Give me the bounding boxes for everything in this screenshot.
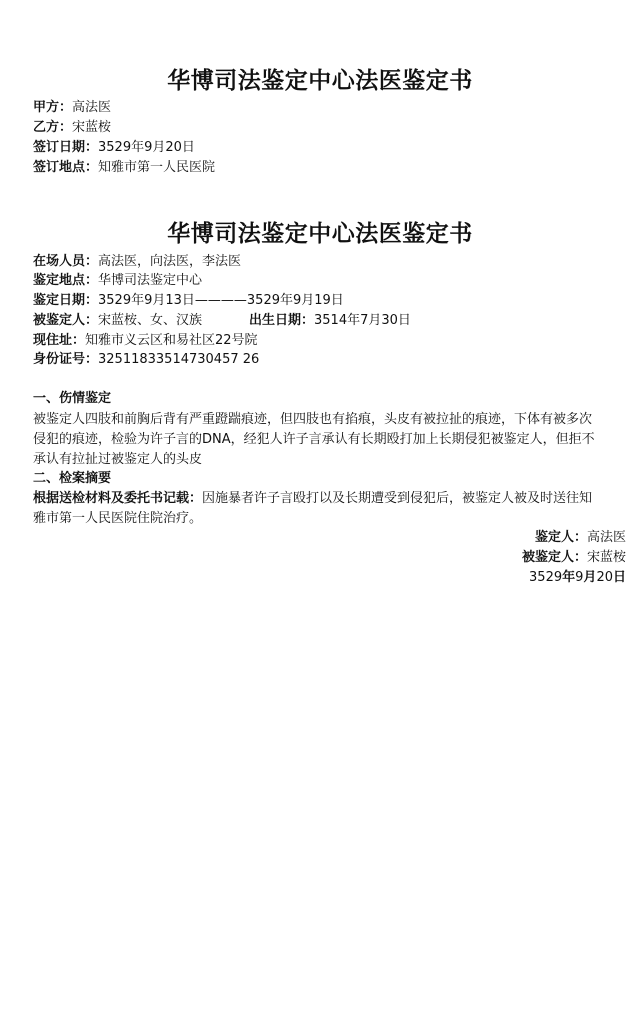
party-a-value: 高法医 — [72, 100, 111, 115]
subject-label: 被鉴定人： — [33, 313, 98, 328]
exam-date-row: 鉴定日期：3529年9月13日————3529年9月19日 — [33, 291, 344, 311]
summary-heading: 二、检案摘要 — [33, 469, 111, 489]
sign-location-label: 签订地点： — [33, 160, 98, 175]
injury-line-3: 承认有拉扯过被鉴定人的头皮 — [33, 450, 202, 470]
report-title: 华博司法鉴定中心法医鉴定书 — [0, 219, 640, 249]
summary-label: 根据送检材料及委托书记载： — [33, 491, 202, 506]
party-b-row: 乙方：宋蓝桉 — [33, 118, 111, 138]
subject-sig-value: 宋蓝桉 — [587, 550, 626, 565]
birth-date-value: 3514年7月30日 — [314, 313, 411, 328]
present-row: 在场人员：高法医，向法医，李法医 — [33, 252, 241, 272]
summary-line-1: 根据送检材料及委托书记载：因施暴者许子言殴打以及长期遭受到侵犯后，被鉴定人被及时… — [33, 489, 592, 509]
injury-heading: 一、伤情鉴定 — [33, 389, 111, 409]
exam-date-label: 鉴定日期： — [33, 293, 98, 308]
sign-date-label: 签订日期： — [33, 140, 98, 155]
birth-date-label: 出生日期： — [249, 313, 314, 328]
subject-signature: 被鉴定人：宋蓝桉 — [522, 548, 626, 568]
id-number-value: 32511833514730457 26 — [98, 352, 259, 367]
present-value: 高法医，向法医，李法医 — [98, 254, 241, 269]
document-page: 华博司法鉴定中心法医鉴定书 甲方：高法医 乙方：宋蓝桉 签订日期：3529年9月… — [0, 0, 640, 1027]
injury-line-1: 被鉴定人四肢和前胸后背有严重蹬踹痕迹，但四肢也有掐痕，头皮有被拉扯的痕迹，下体有… — [33, 410, 592, 430]
sign-location-row: 签订地点：知雅市第一人民医院 — [33, 158, 215, 178]
exam-date-value: 3529年9月13日————3529年9月19日 — [98, 293, 344, 308]
address-row: 现住址：知雅市义云区和易社区22号院 — [33, 331, 258, 351]
subject-value: 宋蓝桉、女、汉族 — [98, 313, 202, 328]
exam-location-value: 华博司法鉴定中心 — [98, 273, 202, 288]
injury-line-2: 侵犯的痕迹，检验为许子言的DNA，经犯人许子言承认有长期殴打加上长期侵犯被鉴定人… — [33, 430, 595, 450]
sign-location-value: 知雅市第一人民医院 — [98, 160, 215, 175]
signature-date: 3529年9月20日 — [529, 568, 626, 588]
summary-line-2: 雅市第一人民医院住院治疗。 — [33, 509, 202, 529]
sign-date-value: 3529年9月20日 — [98, 140, 195, 155]
present-label: 在场人员： — [33, 254, 98, 269]
id-number-label: 身份证号： — [33, 352, 98, 367]
sig-date-year: 3529 — [529, 570, 562, 585]
examiner-label: 鉴定人： — [535, 530, 587, 545]
party-b-label: 乙方： — [33, 120, 72, 135]
id-number-row: 身份证号：32511833514730457 26 — [33, 350, 259, 370]
examiner-value: 高法医 — [587, 530, 626, 545]
contract-title: 华博司法鉴定中心法医鉴定书 — [0, 66, 640, 96]
address-value: 知雅市义云区和易社区22号院 — [85, 333, 258, 348]
party-b-value: 宋蓝桉 — [72, 120, 111, 135]
subject-sig-label: 被鉴定人： — [522, 550, 587, 565]
sig-date-year-char: 年 — [562, 570, 575, 585]
subject-row: 被鉴定人：宋蓝桉、女、汉族 — [33, 311, 202, 331]
exam-location-label: 鉴定地点： — [33, 273, 98, 288]
summary-text-1: 因施暴者许子言殴打以及长期遭受到侵犯后，被鉴定人被及时送往知 — [202, 491, 592, 506]
sig-date-month-char: 月 — [583, 570, 596, 585]
birth-date-row: 出生日期：3514年7月30日 — [249, 311, 411, 331]
sig-date-day: 20 — [596, 570, 613, 585]
sign-date-row: 签订日期：3529年9月20日 — [33, 138, 195, 158]
party-a-row: 甲方：高法医 — [33, 98, 111, 118]
party-a-label: 甲方： — [33, 100, 72, 115]
sig-date-day-char: 日 — [613, 570, 626, 585]
address-label: 现住址： — [33, 333, 85, 348]
exam-location-row: 鉴定地点：华博司法鉴定中心 — [33, 271, 202, 291]
examiner-signature: 鉴定人：高法医 — [535, 528, 626, 548]
